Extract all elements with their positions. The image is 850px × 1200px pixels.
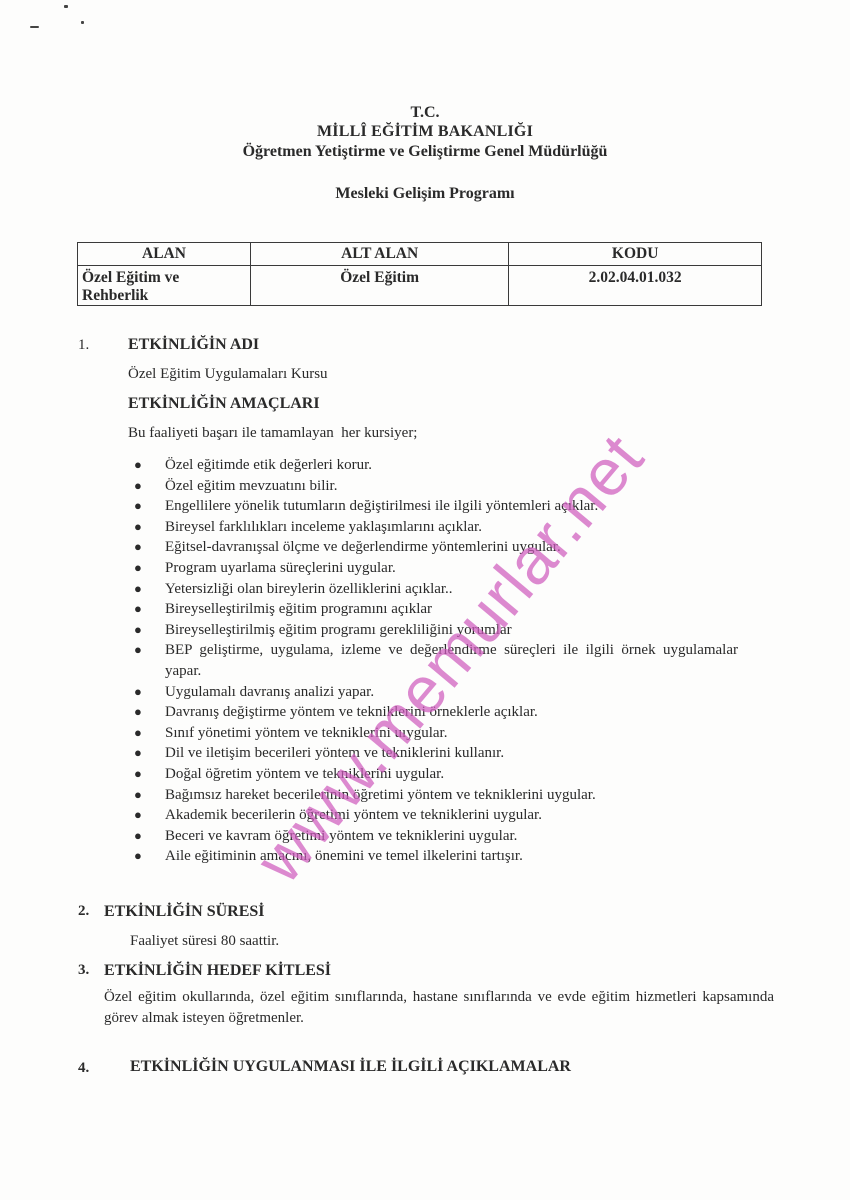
list-item: ●BEP geliştirme, uygulama, izleme ve değ… (128, 640, 738, 681)
bullet-icon: ● (134, 558, 142, 579)
list-item: ●Davranış değiştirme yöntem ve teknikler… (128, 702, 738, 723)
list-item: ●Aile eğitiminin amacını, önemini ve tem… (128, 846, 738, 867)
bullet-icon: ● (134, 723, 142, 744)
bullet-icon: ● (134, 682, 142, 703)
list-item: ●Bağımsız hareket becerilerinin öğretimi… (128, 785, 738, 806)
aim-text: BEP geliştirme, uygulama, izleme ve değe… (165, 642, 738, 679)
target-audience-text: Özel eğitim okullarında, özel eğitim sın… (104, 987, 774, 1029)
list-item: ●Özel eğitimde etik değerleri korur. (128, 455, 738, 476)
cell-alan: Özel Eğitim ve Rehberlik (78, 266, 251, 306)
bullet-icon: ● (134, 599, 142, 620)
aim-text: Engellilere yönelik tutumların değiştiri… (165, 498, 598, 514)
list-item: ●Bireyselleştirilmiş eğitim programı ger… (128, 620, 738, 641)
activity-name: Özel Eğitim Uygulamaları Kursu (128, 366, 328, 383)
aims-intro: Bu faaliyeti başarı ile tamamlayan her k… (128, 425, 417, 442)
table-row: Özel Eğitim ve Rehberlik Özel Eğitim 2.0… (78, 266, 762, 306)
aims-title: ETKİNLİĞİN AMAÇLARI (128, 395, 320, 413)
bullet-icon: ● (134, 826, 142, 847)
list-item: ●Uygulamalı davranış analizi yapar. (128, 682, 738, 703)
aim-text: Yetersizliği olan bireylerin özellikleri… (165, 581, 453, 597)
bullet-icon: ● (134, 620, 142, 641)
aim-text: Uygulamalı davranış analizi yapar. (165, 684, 374, 700)
bullet-icon: ● (134, 517, 142, 538)
aim-text: Akademik becerilerin öğretimi yöntem ve … (165, 807, 542, 823)
list-item: ●Program uyarlama süreçlerini uygular. (128, 558, 738, 579)
aim-text: Dil ve iletişim becerileri yöntem ve tek… (165, 745, 504, 761)
aim-text: Özel eğitimde etik değerleri korur. (165, 457, 372, 473)
aim-text: Özel eğitim mevzuatını bilir. (165, 478, 337, 494)
col-header-alan: ALAN (78, 243, 251, 266)
program-title: Mesleki Gelişim Programı (0, 185, 850, 203)
list-item: ●Sınıf yönetimi yöntem ve tekniklerini u… (128, 723, 738, 744)
list-item: ●Bireyselleştirilmiş eğitim programını a… (128, 599, 738, 620)
aim-text: Eğitsel-davranışsal ölçme ve değerlendir… (165, 539, 561, 555)
cell-kodu: 2.02.04.01.032 (509, 266, 762, 306)
col-header-kodu: KODU (509, 243, 762, 266)
list-item: ●Özel eğitim mevzuatını bilir. (128, 476, 738, 497)
bullet-icon: ● (134, 702, 142, 723)
section-2-number: 2. (78, 903, 89, 920)
bullet-icon: ● (134, 764, 142, 785)
bullet-icon: ● (134, 476, 142, 497)
header-tc: T.C. (0, 104, 850, 122)
bullet-icon: ● (134, 579, 142, 600)
header-ministry: MİLLÎ EĞİTİM BAKANLIĞI (0, 123, 850, 141)
list-item: ●Eğitsel-davranışsal ölçme ve değerlendi… (128, 537, 738, 558)
section-4-title: ETKİNLİĞİN UYGULANMASI İLE İLGİLİ AÇIKLA… (130, 1058, 571, 1076)
aim-text: Doğal öğretim yöntem ve tekniklerini uyg… (165, 766, 444, 782)
list-item: ●Beceri ve kavram öğretimi yöntem ve tek… (128, 826, 738, 847)
bullet-icon: ● (134, 785, 142, 806)
bullet-icon: ● (134, 640, 142, 661)
bullet-icon: ● (134, 846, 142, 867)
aim-text: Bağımsız hareket becerilerinin öğretimi … (165, 787, 596, 803)
duration-text: Faaliyet süresi 80 saattir. (130, 933, 279, 950)
aim-text: Bireyselleştirilmiş eğitim programını aç… (165, 601, 432, 617)
aim-text: Sınıf yönetimi yöntem ve tekniklerini uı… (165, 725, 447, 741)
section-4-number: 4. (78, 1060, 89, 1077)
list-item: ●Engellilere yönelik tutumların değiştir… (128, 496, 738, 517)
list-item: ●Bireysel farklılıkları inceleme yaklaşı… (128, 517, 738, 538)
bullet-icon: ● (134, 537, 142, 558)
aim-text: Beceri ve kavram öğretimi yöntem ve tekn… (165, 828, 517, 844)
bullet-icon: ● (134, 455, 142, 476)
aim-text: Bireyselleştirilmiş eğitim programı gere… (165, 622, 512, 638)
aims-list: ●Özel eğitimde etik değerleri korur.●Öze… (128, 455, 738, 867)
aim-text: Davranış değiştirme yöntem ve teknikleri… (165, 704, 538, 720)
bullet-icon: ● (134, 805, 142, 826)
section-3-number: 3. (78, 962, 89, 979)
list-item: ●Dil ve iletişim becerileri yöntem ve te… (128, 743, 738, 764)
section-3-title: ETKİNLİĞİN HEDEF KİTLESİ (104, 962, 331, 980)
section-2-title: ETKİNLİĞİN SÜRESİ (104, 903, 265, 921)
col-header-alt-alan: ALT ALAN (250, 243, 508, 266)
bullet-icon: ● (134, 496, 142, 517)
list-item: ●Doğal öğretim yöntem ve tekniklerini uy… (128, 764, 738, 785)
header-directorate: Öğretmen Yetiştirme ve Geliştirme Genel … (0, 143, 850, 161)
program-info-table: ALAN ALT ALAN KODU Özel Eğitim ve Rehber… (77, 242, 762, 306)
aim-text: Bireysel farklılıkları inceleme yaklaşım… (165, 519, 482, 535)
list-item: ●Akademik becerilerin öğretimi yöntem ve… (128, 805, 738, 826)
table-header-row: ALAN ALT ALAN KODU (78, 243, 762, 266)
aim-text: Aile eğitiminin amacını, önemini ve teme… (165, 848, 523, 864)
section-1-title: ETKİNLİĞİN ADI (128, 336, 259, 354)
bullet-icon: ● (134, 743, 142, 764)
aim-text: Program uyarlama süreçlerini uygular. (165, 560, 396, 576)
list-item: ●Yetersizliği olan bireylerin özellikler… (128, 579, 738, 600)
section-1-number: 1. (78, 337, 89, 354)
cell-alt-alan: Özel Eğitim (250, 266, 508, 306)
